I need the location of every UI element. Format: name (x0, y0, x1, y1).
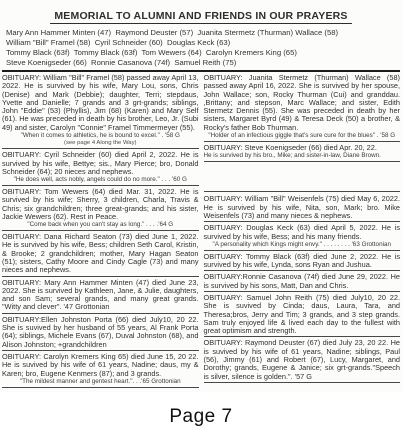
memorial-quote: "He does well, acts nobly, angels could … (2, 176, 199, 184)
obituary-columns: OBITUARY: William "Bill" Framel (58) pas… (2, 74, 400, 390)
memorial-names-list: Mary Ann Hammer Minten (47) Raymond Deus… (2, 28, 400, 68)
obituary-seaton: OBITUARY: Dana Richard Seaton (73) died … (2, 233, 199, 276)
obituary-text: OBITUARY: Tommy Black (63f) died June 2,… (204, 253, 401, 270)
title-row: MEMORIAL TO ALUMNI AND FRIENDS IN OUR PR… (2, 6, 400, 24)
memorial-quote: "A personality which Kings might envy." … (204, 241, 401, 249)
page-title: MEMORIAL TO ALUMNI AND FRIENDS IN OUR PR… (50, 10, 351, 24)
memorial-quote: "Holder of an infectious giggle that's s… (204, 132, 401, 140)
obituary-text: OBITUARY:Ronnie Casanova (74f) died June… (204, 273, 401, 290)
obituary-text: OBITUARY: Cyril Schneider (60) died Apri… (2, 151, 199, 176)
obituary-black: OBITUARY: Tommy Black (63f) died June 2,… (204, 253, 401, 272)
scanned-memorial-page: MEMORIAL TO ALUMNI AND FRIENDS IN OUR PR… (0, 0, 402, 392)
header-divider (2, 70, 400, 72)
obituary-wewers: OBITUARY: Tom Wewers (64) died Mar. 31, … (2, 188, 199, 231)
column-left: OBITUARY: William "Bill" Framel (58) pas… (2, 74, 199, 390)
names-line-1: Mary Ann Hammer Minten (47) Raymond Deus… (6, 28, 400, 38)
see-page-note: (see page 4 Along the Way) (2, 140, 199, 147)
memorial-quote: "Come back when you can't stay as long."… (2, 221, 199, 229)
obituary-porta: OBITUARY:Ellen Johnston Porta (66) died … (2, 316, 199, 351)
obituary-text: OBITUARY: Mary Ann Hammer Minten (47) di… (2, 279, 199, 312)
page-number-label: Page 7 (0, 406, 402, 428)
obituary-text: OBITUARY: William "Bill" Weisenfels (75)… (204, 195, 401, 220)
obituary-text: OBITUARY: Samuel John Reith (75) died Ju… (204, 294, 401, 335)
obituary-deuster: OBITUARY: Raymond Deuster (67) died July… (204, 339, 401, 382)
column-right: OBITUARY: Juanita Stermetz (Thurman) Wal… (204, 74, 401, 390)
obituary-reith: OBITUARY: Samuel John Reith (75) died Ju… (204, 294, 401, 337)
obituary-text: OBITUARY: Steve Koenigseder (66) died Ap… (204, 144, 401, 152)
obituary-text-small: He is survived by his bro., Mike; and si… (204, 152, 401, 160)
obituary-text: OBITUARY: Dana Richard Seaton (73) died … (2, 233, 199, 274)
names-line-3: Tommy Black (63f) Tommy Black (63f) Tom … (6, 48, 400, 58)
obituary-text: OBITUARY: Carolyn Kremers King 65) died … (2, 353, 199, 378)
obituary-text: OBITUARY: Douglas Keck (63) died April 5… (204, 224, 401, 241)
obituary-text: OBITUARY: William "Bill" Framel (58) pas… (2, 74, 199, 132)
obituary-casanova: OBITUARY:Ronnie Casanova (74f) died June… (204, 273, 401, 292)
obituary-text: OBITUARY: Tom Wewers (64) died Mar. 31, … (2, 188, 199, 221)
obituary-framel: OBITUARY: William "Bill" Framel (58) pas… (2, 74, 199, 149)
obituary-keck: OBITUARY: Douglas Keck (63) died April 5… (204, 224, 401, 250)
memorial-quote: "When it comes to athletics, he is bound… (2, 132, 199, 140)
obituary-text: OBITUARY: Juanita Stermetz (Thurman) Wal… (204, 74, 401, 132)
obituary-minten: OBITUARY: Mary Ann Hammer Minten (47) di… (2, 279, 199, 314)
obituary-text: OBITUARY:Ellen Johnston Porta (66) died … (2, 316, 199, 349)
obituary-schneider: OBITUARY: Cyril Schneider (60) died Apri… (2, 151, 199, 186)
obituary-text: OBITUARY: Raymond Deuster (67) died July… (204, 339, 401, 380)
names-line-2: William "Bill" Framel (58) Cyril Schneid… (6, 38, 400, 48)
obituary-wallace: OBITUARY: Juanita Stermetz (Thurman) Wal… (204, 74, 401, 142)
obituary-weisenfels: OBITUARY: William "Bill" Weisenfels (75)… (204, 195, 401, 222)
memorial-quote: "The mildest manner and gentest heart.".… (2, 378, 199, 386)
section-divider (204, 164, 401, 192)
names-line-4: Steve Koenigseder (66) Ronnie Casanova (… (6, 58, 400, 68)
obituary-koenigseder: OBITUARY: Steve Koenigseder (66) died Ap… (204, 144, 401, 162)
obituary-king: OBITUARY: Carolyn Kremers King 65) died … (2, 353, 199, 388)
